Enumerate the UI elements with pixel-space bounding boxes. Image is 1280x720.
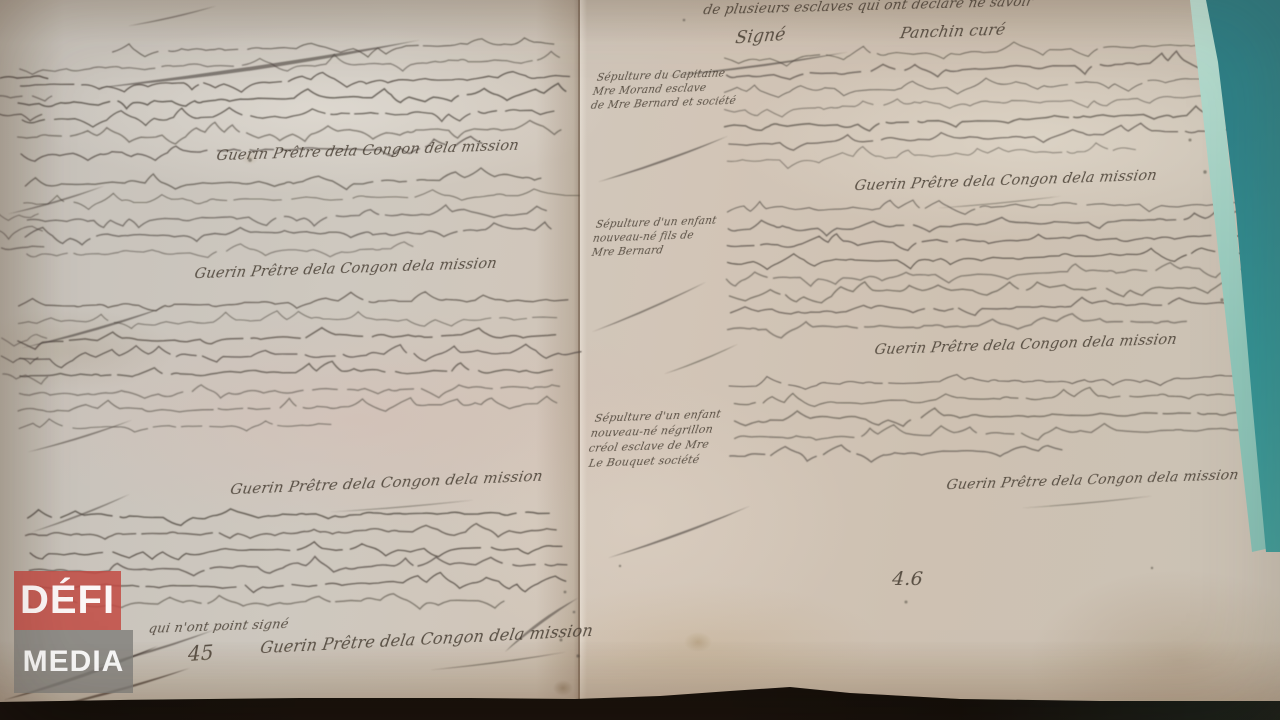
margin-note-line: nouveau-né fils de: [592, 229, 695, 245]
watermark-defi: DÉFI: [14, 571, 121, 630]
page-number-right: 4.6: [891, 568, 923, 590]
signature-line: Guerin Prêtre dela Congon dela mission: [853, 167, 1158, 194]
margin-note-line: de Mre Bernard et société: [590, 95, 737, 112]
closing-fragment: qui n'ont point signé: [147, 617, 290, 637]
signature-line: Guerin Prêtre dela Congon dela mission: [945, 467, 1240, 493]
signed-label: Signé: [734, 25, 787, 49]
watermark-defi-text: DÉFI: [20, 578, 115, 623]
signature-line: Guerin Prêtre dela Congon dela mission: [215, 137, 520, 164]
opening-line: de plusieurs esclaves qui ont déclaré ne…: [702, 0, 1034, 18]
defi-media-watermark: DÉFI MEDIA: [14, 571, 133, 693]
signature-line: Guerin Prêtre dela Congon dela mission: [193, 255, 498, 282]
page-bottom-shading: [0, 640, 1280, 702]
signature-line: Guerin Prêtre dela Congon dela mission: [873, 331, 1178, 358]
margin-note-line: Le Bouquet société: [588, 453, 701, 470]
watermark-media: MEDIA: [14, 630, 133, 693]
margin-note-line: Mre Bernard: [591, 245, 664, 260]
manuscript-photo: Guerin Prêtre dela Congon dela missionGu…: [0, 0, 1280, 720]
signature-line: Guerin Prêtre dela Congon dela mission: [229, 466, 544, 498]
priest-signature: Panchin curé: [899, 20, 1007, 42]
handwritten-text-layer: Guerin Prêtre dela Congon dela missionGu…: [0, 0, 1280, 720]
watermark-media-text: MEDIA: [23, 645, 125, 679]
margin-note-line: Sépulture d'un enfant: [595, 215, 718, 231]
